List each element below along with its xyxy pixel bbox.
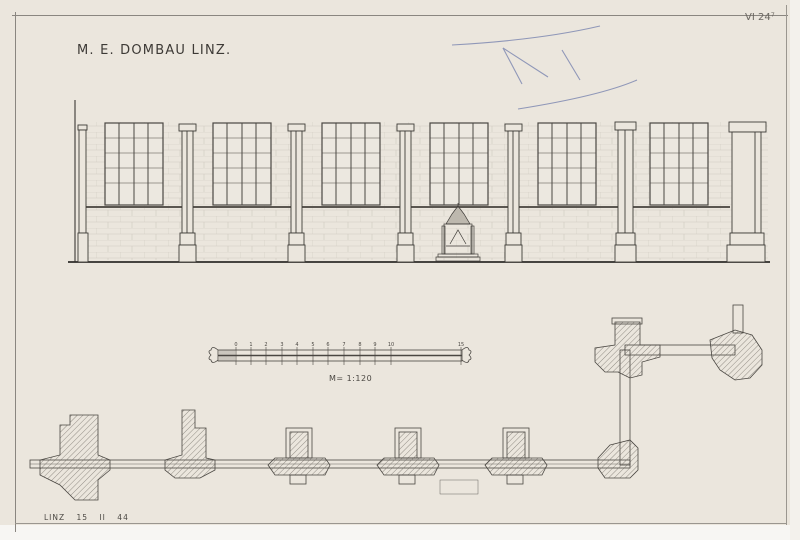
location-label: LINZ <box>44 513 65 522</box>
architectural-drawing: 0 1 2 3 4 5 6 7 8 9 10 15 <box>0 0 800 540</box>
svg-text:10: 10 <box>388 342 394 348</box>
svg-text:4: 4 <box>295 342 298 348</box>
svg-text:3: 3 <box>280 342 283 348</box>
scale-bar: 0 1 2 3 4 5 6 7 8 9 10 15 <box>209 342 471 365</box>
date-year: 44 <box>117 513 129 522</box>
svg-text:8: 8 <box>358 342 361 348</box>
buttress-group <box>268 428 547 484</box>
scale-tick-0: 0 <box>234 342 237 348</box>
scale-label: M= 1:120 <box>329 374 372 383</box>
pencil-annotation <box>452 26 637 109</box>
date-stamp: LINZ 15 II 44 <box>44 513 137 522</box>
svg-text:5: 5 <box>311 342 314 348</box>
svg-text:9: 9 <box>373 342 376 348</box>
date-month: II <box>99 513 105 522</box>
window-6 <box>650 123 708 205</box>
svg-text:15: 15 <box>458 342 464 348</box>
date-day: 15 <box>77 513 89 522</box>
pilaster-2 <box>179 124 196 262</box>
pilaster-7 <box>727 122 766 262</box>
window-5 <box>538 123 596 205</box>
svg-text:6: 6 <box>326 342 329 348</box>
svg-text:7: 7 <box>342 342 345 348</box>
window-2 <box>213 123 271 205</box>
pilaster-6 <box>615 122 636 262</box>
window-4 <box>430 123 488 205</box>
window-1 <box>105 123 163 205</box>
window-3 <box>322 123 380 205</box>
svg-text:2: 2 <box>264 342 267 348</box>
floor-plan <box>30 305 762 500</box>
wall-elevation <box>68 100 770 262</box>
svg-text:1: 1 <box>249 342 252 348</box>
